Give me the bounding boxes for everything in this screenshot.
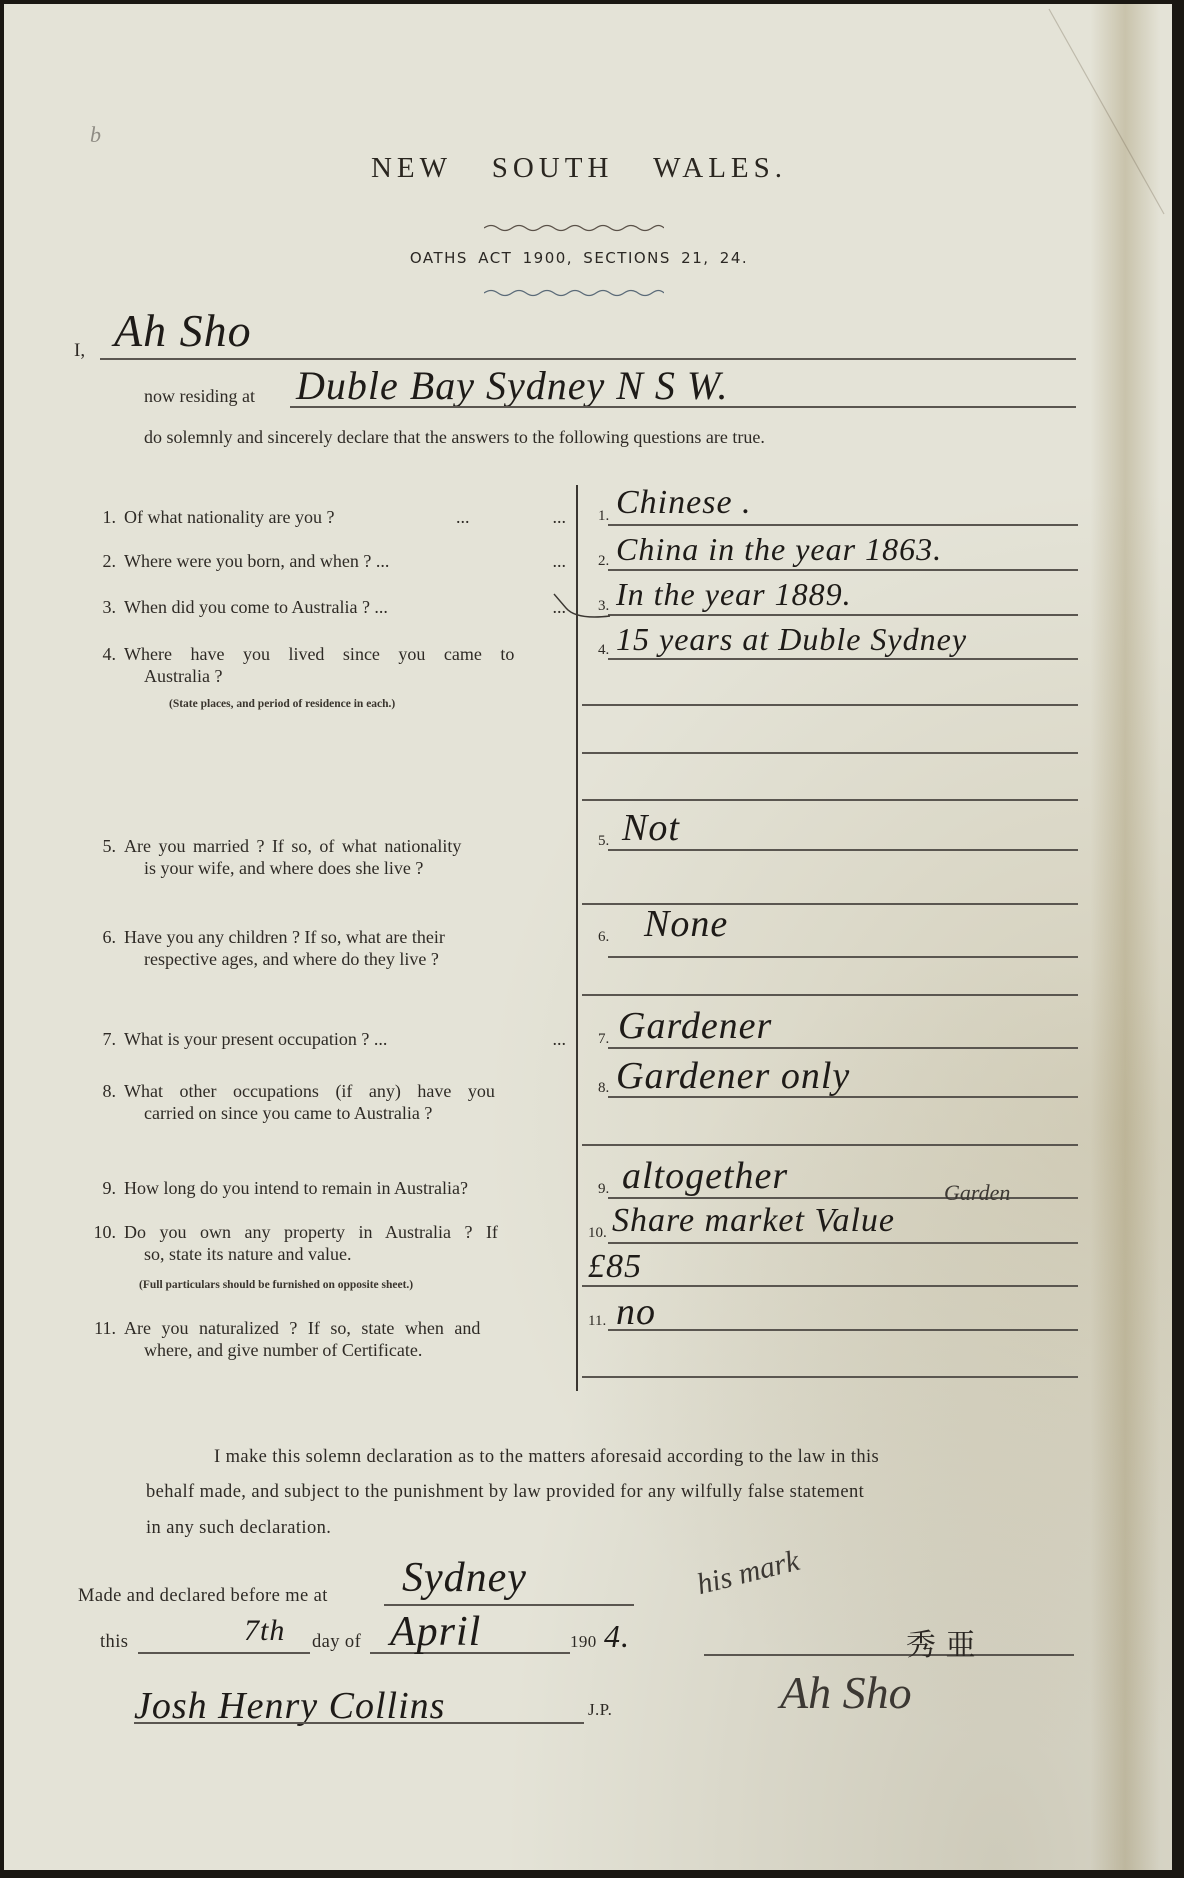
- declarant-signature-line: [704, 1654, 1074, 1656]
- answer-8-field[interactable]: Gardener only: [616, 1054, 850, 1098]
- residence-underline: [290, 406, 1076, 408]
- answer-5-field[interactable]: Not: [622, 806, 680, 850]
- question-9: 9.How long do you intend to remain in Au…: [86, 1177, 566, 1199]
- answer-line: [608, 524, 1078, 526]
- place-field[interactable]: Sydney: [402, 1554, 527, 1602]
- made-declared-label: Made and declared before me at: [78, 1586, 328, 1607]
- answer-line: [608, 1242, 1078, 1244]
- question-11: 11.Are you naturalized ? If so, state wh…: [86, 1317, 566, 1361]
- answer-4-field[interactable]: 15 years at Duble Sydney: [616, 621, 967, 658]
- answer-10-value-field[interactable]: £85: [588, 1248, 642, 1286]
- question-8: 8.What other occupations (if any) have y…: [86, 1080, 566, 1124]
- answer-2-field[interactable]: China in the year 1863.: [616, 531, 942, 568]
- answer-number: 1.: [598, 508, 609, 525]
- answer-line: [608, 614, 1078, 616]
- declarant-prefix: I,: [74, 340, 85, 362]
- answer-number: 10.: [588, 1225, 607, 1242]
- year-suffix-field[interactable]: 4.: [604, 1618, 630, 1655]
- declaration-line-1: I make this solemn declaration as to the…: [214, 1447, 879, 1468]
- answer-number: 11.: [588, 1313, 606, 1330]
- jp-underline: [134, 1722, 584, 1724]
- question-5: 5.Are you married ? If so, of what natio…: [86, 835, 566, 879]
- answer-7-field[interactable]: Gardener: [618, 1004, 772, 1048]
- answer-number: 2.: [598, 553, 609, 570]
- answer-line: [608, 1329, 1078, 1331]
- answer-number: 8.: [598, 1080, 609, 1097]
- document-page: b NEW SOUTH WALES. OATHS ACT 1900, SECTI…: [4, 4, 1172, 1870]
- question-4-note: (State places, and period of residence i…: [169, 698, 395, 710]
- answer-10-field[interactable]: Share market Value: [612, 1202, 895, 1240]
- answer-number: 5.: [598, 833, 609, 850]
- declaration-line-2: behalf made, and subject to the punishme…: [146, 1482, 864, 1503]
- margin-mark: b: [90, 122, 101, 148]
- question-1: 1.Of what nationality are you ? ......: [86, 506, 566, 528]
- paper-crease: [1044, 4, 1174, 224]
- answer-line: [582, 704, 1078, 706]
- year-prefix: 190: [570, 1632, 597, 1652]
- name-underline: [100, 358, 1076, 360]
- answer-line: [582, 752, 1078, 754]
- wavy-divider-top-icon: [484, 222, 664, 232]
- residing-label: now residing at: [144, 386, 255, 407]
- answer-number: 4.: [598, 642, 609, 659]
- answer-line: [582, 994, 1078, 996]
- answer-number: 9.: [598, 1181, 609, 1198]
- margin-arrow-icon: [552, 592, 612, 628]
- place-underline: [384, 1604, 634, 1606]
- question-10: 10.Do you own any property in Australia …: [86, 1221, 566, 1265]
- question-4: 4.Where have you lived since you came to…: [86, 643, 566, 687]
- answer-3-field[interactable]: In the year 1889.: [616, 576, 852, 613]
- answer-line: [582, 799, 1078, 801]
- page-title: NEW SOUTH WALES.: [4, 152, 1154, 185]
- declarant-signature: Ah Sho: [780, 1666, 912, 1719]
- this-label: this: [100, 1632, 128, 1653]
- answer-line: [582, 1376, 1078, 1378]
- question-2: 2.Where were you born, and when ? ... ..…: [86, 550, 566, 572]
- question-6: 6.Have you any children ? If so, what ar…: [86, 926, 566, 970]
- answer-9-field[interactable]: altogether: [622, 1154, 788, 1198]
- day-of-label: day of: [312, 1632, 361, 1653]
- answer-6-field[interactable]: None: [644, 902, 728, 946]
- answer-line: [582, 1285, 1078, 1287]
- answer-11-field[interactable]: no: [616, 1290, 656, 1334]
- answer-line: [582, 1144, 1078, 1146]
- answer-number: 7.: [598, 1031, 609, 1048]
- answer-line: [608, 956, 1078, 958]
- intro-statement: do solemnly and sincerely declare that t…: [144, 427, 765, 448]
- declarant-name-field[interactable]: Ah Sho: [114, 304, 252, 357]
- declaration-line-3: in any such declaration.: [146, 1518, 331, 1539]
- month-field[interactable]: April: [390, 1608, 481, 1656]
- answer-10-insert: Garden: [944, 1180, 1010, 1206]
- question-3: 3.When did you come to Australia ? ... .…: [86, 596, 566, 618]
- answer-1-field[interactable]: Chinese .: [616, 484, 752, 522]
- answer-number: 6.: [598, 929, 609, 946]
- answer-line: [608, 658, 1078, 660]
- question-7: 7.What is your present occupation ? ... …: [86, 1028, 566, 1050]
- page-subtitle: OATHS ACT 1900, SECTIONS 21, 24.: [4, 249, 1154, 267]
- chinese-signature: 秀 亜: [906, 1620, 976, 1664]
- answer-line: [608, 569, 1078, 571]
- day-field[interactable]: 7th: [244, 1614, 285, 1648]
- jp-label: J.P.: [588, 1700, 612, 1720]
- residence-field[interactable]: Duble Bay Sydney N S W.: [296, 362, 729, 409]
- his-mark-annotation: his mark: [693, 1544, 802, 1602]
- wavy-divider-bottom-icon: [484, 287, 664, 297]
- question-10-note: (Full particulars should be furnished on…: [139, 1279, 413, 1291]
- day-underline: [138, 1652, 310, 1654]
